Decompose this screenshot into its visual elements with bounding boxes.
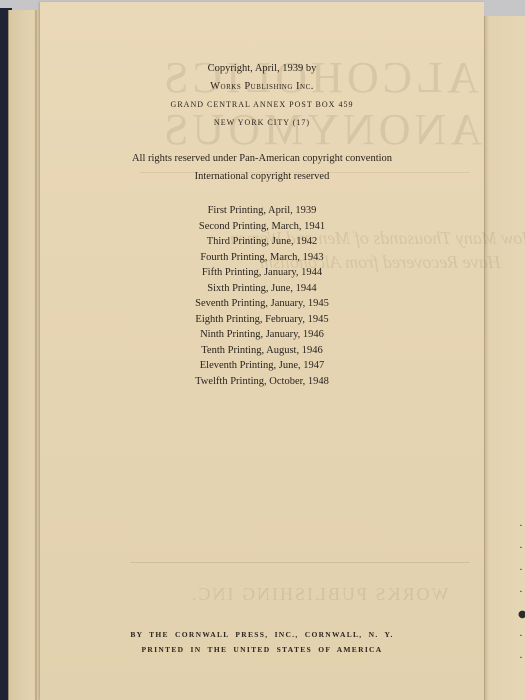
- publisher-name: Works Publishing Inc.: [40, 78, 484, 96]
- show-through-publisher: WORKS PUBLISHING INC.: [190, 584, 449, 605]
- printing-entry: First Printing, April, 1939: [40, 203, 484, 219]
- printing-entry: Tenth Printing, August, 1946: [40, 343, 484, 359]
- rights-block: All rights reserved under Pan-American c…: [40, 150, 484, 186]
- publisher-city: NEW YORK CITY (17): [40, 114, 484, 132]
- printing-entry: Twelfth Printing, October, 1948: [40, 374, 484, 390]
- rights-line: All rights reserved under Pan-American c…: [40, 150, 484, 168]
- printing-entry: Third Printing, June, 1942: [40, 234, 484, 250]
- copyright-line: Copyright, April, 1939 by: [40, 60, 484, 78]
- right-page-marks: ····●··: [518, 516, 524, 670]
- copyright-block: Copyright, April, 1939 by Works Publishi…: [40, 60, 484, 389]
- printing-entry: Ninth Printing, January, 1946: [40, 327, 484, 343]
- colophon-line: BY THE CORNWALL PRESS, INC., CORNWALL, N…: [40, 627, 484, 642]
- printer-colophon: BY THE CORNWALL PRESS, INC., CORNWALL, N…: [40, 627, 484, 657]
- printing-entry: Eighth Printing, February, 1945: [40, 312, 484, 328]
- left-endpaper: [8, 10, 43, 700]
- printing-entry: Second Printing, March, 1941: [40, 219, 484, 235]
- printing-entry: Sixth Printing, June, 1944: [40, 281, 484, 297]
- printing-entry: Fourth Printing, March, 1943: [40, 250, 484, 266]
- publisher-address: GRAND CENTRAL ANNEX POST BOX 459: [40, 96, 484, 114]
- printing-entry: Fifth Printing, January, 1944: [40, 265, 484, 281]
- book-photo: ····●·· ALCOHOLICS ANONYMOUS How Many Th…: [0, 0, 525, 700]
- printing-history: First Printing, April, 1939 Second Print…: [40, 203, 484, 389]
- rights-line: International copyright reserved: [40, 168, 484, 186]
- colophon-line: PRINTED IN THE UNITED STATES OF AMERICA: [40, 642, 484, 657]
- right-page-edge: ····●··: [484, 16, 525, 700]
- printing-entry: Eleventh Printing, June, 1947: [40, 358, 484, 374]
- printing-entry: Seventh Printing, January, 1945: [40, 296, 484, 312]
- copyright-page: ALCOHOLICS ANONYMOUS How Many Thousands …: [40, 2, 484, 700]
- show-through-rule-bottom: [130, 562, 470, 563]
